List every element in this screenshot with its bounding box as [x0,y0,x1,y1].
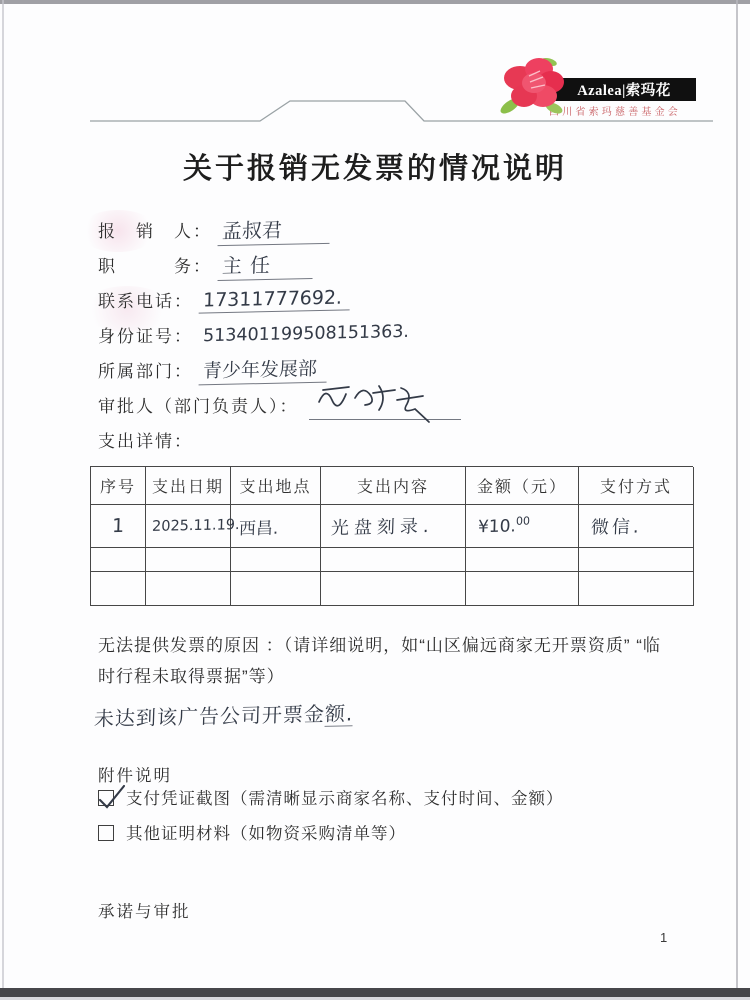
no-invoice-reason-answer-handwritten: 未达到该广告公司开票金额. [94,697,354,731]
azalea-flower-icon [486,50,584,130]
field-approver: 审批人（部门负责人）： [98,387,461,422]
field-label: 身份证号： [98,322,193,347]
table-header-seq: 序号 [91,467,146,505]
attachment-item-label: 支付凭证截图（需清晰显示商家名称、支付时间、金额） [126,788,564,810]
field-id-number: 身份证号： 513401199508151363. [98,317,461,352]
field-value-handwritten: 513401199508151363. [199,322,418,348]
attachment-item-label: 其他证明材料（如物资采购清单等） [126,823,406,845]
field-label: 联系电话： [98,287,193,312]
handwritten-value: 微信. [591,512,643,539]
handwritten-value: 西昌. [239,513,279,539]
table-cell-empty [146,548,231,572]
no-invoice-reason-prompt: 无法提供发票的原因 ：（请详细说明，如“山区偏远商家无开票资质” “临时行程未取… [98,631,674,692]
table-cell-empty [321,548,466,572]
table-header-date: 支出日期 [146,467,231,505]
page-number: 1 [660,930,667,945]
page-title: 关于报销无发票的情况说明 [0,146,750,187]
field-label: 支出详情： [98,427,193,452]
field-label: 所属部门： [98,357,193,382]
handwritten-check-icon [97,783,127,811]
handwritten-value: 1 [112,515,125,537]
handwritten-value: 2025.11.19. [152,517,240,535]
form-fields: 报 销 人： 孟叔君 职 务： 主任 联系电话： 17311777692. 身份… [98,212,461,457]
table-cell-empty [466,548,579,572]
field-reimburser: 报 销 人： 孟叔君 [98,212,461,247]
table-cell-place: 西昌. [231,505,321,548]
field-label: 职 务： [98,252,212,277]
table-cell-date: 2025.11.19. [146,505,231,548]
table-header-place: 支出地点 [231,467,321,505]
scanned-form-page: { "logo": { "brand": "Azalea|索玛花", "org"… [0,0,750,1000]
scan-edge-bottom [0,988,750,997]
table-cell-empty [146,572,231,606]
field-label: 审批人（部门负责人）： [98,392,299,417]
table-cell-empty [466,572,579,606]
table-cell-empty [231,572,321,606]
table-cell-empty [91,548,146,572]
commitment-approval-heading: 承诺与审批 [98,898,191,922]
scan-edge-top [0,0,750,4]
field-value-handwritten: 孟叔君 [218,213,331,246]
expense-table: 序号 支出日期 支出地点 支出内容 金额（元） 支付方式 1 2025.11.1… [90,466,693,606]
table-cell-content: 光盘刻录. [321,505,466,548]
field-phone: 联系电话： 17311777692. [98,282,461,317]
field-value-handwritten: 青少年发展部 [199,354,328,386]
table-cell-method: 微信. [579,505,694,548]
table-header-method: 支付方式 [579,467,694,505]
table-cell-empty [579,548,694,572]
field-expense-details: 支出详情： [98,422,461,457]
table-header-content: 支出内容 [321,467,466,505]
table-cell-empty [91,572,146,606]
signature-scribble-icon [313,378,453,424]
table-cell-seq: 1 [91,505,146,548]
table-cell-empty [321,572,466,606]
attachment-item-payment-proof: 支付凭证截图（需清晰显示商家名称、支付时间、金额） [98,788,564,810]
field-duty: 职 务： 主任 [98,247,461,282]
attachment-item-other-material: 其他证明材料（如物资采购清单等） [98,823,406,845]
handwritten-value: 光盘刻录. [331,512,435,540]
table-header-amount: 金额（元） [466,467,579,505]
field-value-handwritten: 主任 [218,248,314,281]
handwritten-value: ¥10.00 [478,515,531,538]
table-cell-empty [231,548,321,572]
table-cell-empty [579,572,694,606]
table-cell-amount: ¥10.00 [466,505,579,548]
field-value-handwritten: 17311777692. [199,286,351,313]
field-label: 报 销 人： [98,217,212,242]
approver-signature [309,390,461,420]
checkbox-checked-icon [98,790,114,806]
checkbox-unchecked-icon [98,825,114,841]
